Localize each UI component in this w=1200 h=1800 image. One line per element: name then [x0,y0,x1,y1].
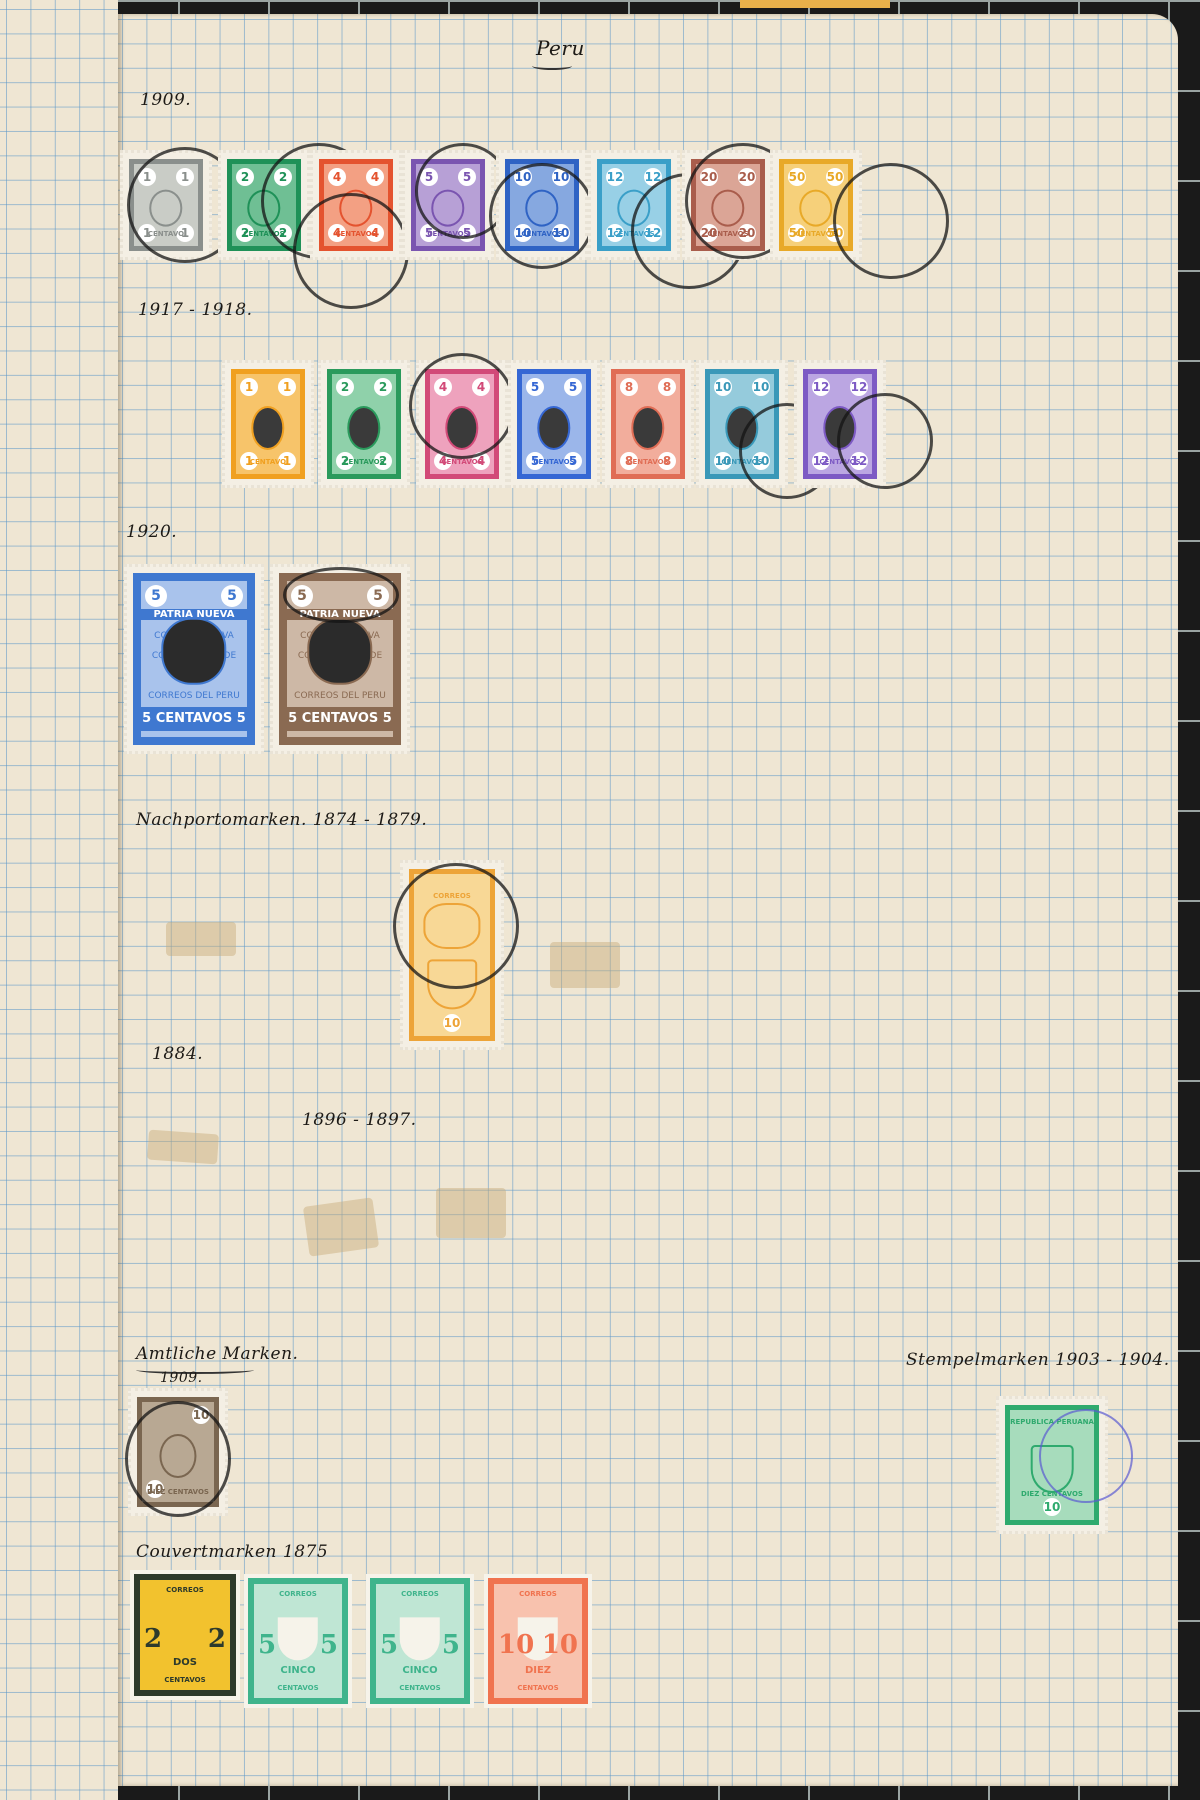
stamp-denomination: CENTAVOS [332,458,396,466]
stamp-value: 5 [380,1630,398,1660]
stamp-portrait [617,190,650,227]
stamp-portrait [711,190,744,227]
stamp-value: 10 [552,168,570,186]
stamp-denomination: CENTAVOS [696,230,760,238]
stamp-value: 5 [442,1630,460,1660]
stamp-value: 12 [812,378,830,396]
stamp-value: 12 [850,378,868,396]
stamp-5-centavos[interactable]: 5 5 5 5 CENTAVOS [402,150,494,260]
stamp-value: 2 [208,1624,226,1654]
stamp-value: 1 [176,168,194,186]
stamp-value: 2 [336,378,354,396]
stamp-value: 10 [542,1630,578,1660]
stamp-value: 12 [644,168,662,186]
stamp-value: 20 [738,168,756,186]
stamp-portrait [445,406,478,450]
stamp-portrait [725,406,758,450]
stamp-value: 4 [366,168,384,186]
stamp-country: CORREOS DEL PERU [287,691,393,701]
hinge-remnant [436,1188,506,1238]
stamp-value: 2 [144,1624,162,1654]
stamp-value: 50 [788,168,806,186]
label-1896-1897: 1896 - 1897. [302,1110,416,1130]
stamp-value: 5 [258,1630,276,1660]
stamp-value: 20 [700,168,718,186]
stamp-denomination-word: DIEZ [494,1665,582,1676]
stamp-value: 1 [138,168,156,186]
stamp-value: 50 [826,168,844,186]
coat-of-arms [1031,1445,1074,1493]
stamp-20-centavos[interactable]: 20 20 20 20 CENTAVOS [682,150,774,260]
stamp-country: CORREOS DEL PERU [141,691,247,701]
stamp-denomination: CENTAVOS [510,230,574,238]
stamp-portrait [823,406,856,450]
stamp-top-text: CORREOS [494,1590,582,1598]
hinge-remnant [303,1197,379,1256]
stamp-shield [278,1617,318,1660]
stamp-denomination: CENTAVOS [494,1684,582,1692]
stamp-envelope-cut-5[interactable]: CORREOS 5 5 CINCO CENTAVOS [366,1574,474,1708]
stamp-value: 5 [291,585,313,607]
stamp-denomination: DIEZ CENTAVOS [142,1488,214,1496]
stamp-value: 10 [443,1014,461,1032]
stamp-top-text: REPUBLICA PERUANA [1010,1418,1094,1426]
stamp-value: 2 [374,378,392,396]
stamp-12-centavos[interactable]: 12 12 12 12 CENTAVOS [794,360,886,488]
stamp-denomination: CENTAVOS [808,458,872,466]
label-1920: 1920. [126,522,177,542]
stamp-denomination: CENTAVO [236,458,300,466]
stamp-revenue-10[interactable]: REPUBLICA PERUANA DIEZ CENTAVOS 10 [996,1396,1108,1534]
stamp-value: 2 [236,168,254,186]
stamp-portrait [247,190,280,227]
stamp-value: 5 [564,378,582,396]
stamp-value: 12 [606,168,624,186]
stamp-denomination: CENTAVOS [616,458,680,466]
stamp-denomination: DIEZ CENTAVOS [1010,1490,1094,1498]
album-tab [740,0,890,8]
stamp-4-centavos[interactable]: 4 4 4 4 CENTAVOS [416,360,508,488]
stamp-value: 4 [434,378,452,396]
stamp-1-centavos[interactable]: 1 1 1 1 CENTAVO [120,150,212,260]
stamp-value: 10 [498,1630,534,1660]
stamp-1-centavos[interactable]: 1 1 1 1 CENTAVO [222,360,314,488]
stamp-50-centavos[interactable]: 50 50 50 50 CENTAVOS [770,150,862,260]
stamp-denomination: 5 CENTAVOS 5 [287,707,393,731]
stamp-portrait [339,190,372,227]
stamp-value: 4 [328,168,346,186]
stamp-value: 5 [367,585,389,607]
label-1909: 1909. [140,90,191,110]
stamp-denomination: CENTAVOS [784,230,848,238]
stamp-denomination: CENTAVOS [376,1684,464,1692]
hinge-remnant [166,922,236,956]
stamp-denomination: CENTAVOS [232,230,296,238]
stamp-value: 5 [221,585,243,607]
stamp-value: 5 [420,168,438,186]
page-title: Peru [536,36,585,60]
stamp-official-10[interactable]: 10 10 DIEZ CENTAVOS [128,1388,228,1516]
ship-vignette [423,903,480,949]
stamp-top-text: CORREOS [414,892,490,900]
stamp-portrait [431,190,464,227]
stamp-portrait [347,406,380,450]
stamp-10-centavos[interactable]: 10 10 10 10 CENTAVOS [696,360,788,488]
stamp-envelope-cut-2[interactable]: CORREOS 2 2 DOS CENTAVOS [130,1570,240,1700]
llama-shield [427,959,477,1008]
album-page: Peru 1909. 1 1 1 1 CENTAVO 2 2 2 2 CENTA… [118,14,1178,1786]
stamp-value: 10 [714,378,732,396]
stamp-2-centavos[interactable]: 2 2 2 2 CENTAVOS [218,150,310,260]
stamp-denomination: CENTAVOS [710,458,774,466]
stamp-denomination: CENTAVOS [602,230,666,238]
stamp-envelope-cut-10[interactable]: CORREOS 10 10 DIEZ CENTAVOS [484,1574,592,1708]
stamp-envelope-cut-5[interactable]: CORREOS 5 5 CINCO CENTAVOS [244,1574,352,1708]
stamp-postage-due-10[interactable]: CORREOS 10 [400,860,504,1050]
stamp-denomination: CENTAVOS [324,230,388,238]
stamp-denomination: CENTAVOS [254,1684,342,1692]
label-stempelmarken: Stempelmarken 1903 - 1904. [906,1350,1170,1370]
stamp-denomination: CENTAVO [134,230,198,238]
stamp-portrait [799,190,832,227]
stamp-12-centavos[interactable]: 12 12 12 12 CENTAVOS [588,150,680,260]
stamp-top-text: CORREOS [376,1590,464,1598]
stamp-portrait [307,618,372,684]
stamp-4-centavos[interactable]: 4 4 4 4 CENTAVOS [310,150,402,260]
stamp-value: 5 [320,1630,338,1660]
label-1917-1918: 1917 - 1918. [138,300,252,320]
stamp-value: 5 [526,378,544,396]
title-underline [532,62,572,70]
stamp-5-centavos[interactable]: 5 5 5 5 CENTAVOS [508,360,600,488]
stamp-portrait [161,618,226,684]
stamp-portrait [251,406,284,450]
stamp-denomination: CENTAVOS [522,458,586,466]
stamp-denomination-word: DOS [140,1657,230,1668]
stamp-denomination: CENTAVOS [416,230,480,238]
stamp-denomination-word: CINCO [254,1665,342,1676]
stamp-value: 8 [658,378,676,396]
label-nachportomarken: Nachportomarken. 1874 - 1879. [136,810,427,830]
stamp-top-text: CORREOS [254,1590,342,1598]
stamp-2-centavos[interactable]: 2 2 2 2 CENTAVOS [318,360,410,488]
stamp-denomination: CENTAVOS [140,1676,230,1684]
stamp-denomination: CENTAVOS [430,458,494,466]
stamp-value: 10 [752,378,770,396]
stamp-value: 10 [514,168,532,186]
left-album-page [0,0,118,1800]
stamp-portrait [631,406,664,450]
label-couvertmarken: Couvertmarken 1875 [136,1542,328,1562]
hinge-remnant [550,942,620,988]
stamp-shield [400,1617,440,1660]
stamp-portrait [525,190,558,227]
stamp-top-text: CORREOS [140,1586,230,1594]
stamp-8-centavos[interactable]: 8 8 8 8 CENTAVOS [602,360,694,488]
label-amtliche-year: 1909. [160,1370,203,1386]
stamp-1920-commemorative[interactable]: 5 5 PATRIA NUEVA CONMEMORATIVA DE LA CON… [124,564,264,754]
stamp-value: 5 [458,168,476,186]
stamp-value: 4 [472,378,490,396]
stamp-denomination: 5 CENTAVOS 5 [141,707,247,731]
stamp-shield [164,1612,205,1654]
stamp-value: 1 [278,378,296,396]
stamp-value: 2 [274,168,292,186]
stamp-value: 8 [620,378,638,396]
stamp-portrait [149,190,182,227]
stamp-denomination-word: CINCO [376,1665,464,1676]
stamp-value: 5 [145,585,167,607]
label-1884: 1884. [152,1044,203,1064]
stamp-portrait [537,406,570,450]
stamp-1920-commemorative[interactable]: 5 5 PATRIA NUEVA CONMEMORATIVA DE LA CON… [270,564,410,754]
stamp-10-centavos[interactable]: 10 10 10 10 CENTAVOS [496,150,588,260]
stamp-value: 10 [1043,1498,1061,1516]
hinge-remnant [147,1130,219,1165]
stamp-emblem [159,1434,196,1478]
label-amtliche-marken: Amtliche Marken. [136,1344,298,1364]
stamp-value: 1 [240,378,258,396]
stamp-value: 10 [192,1406,210,1424]
